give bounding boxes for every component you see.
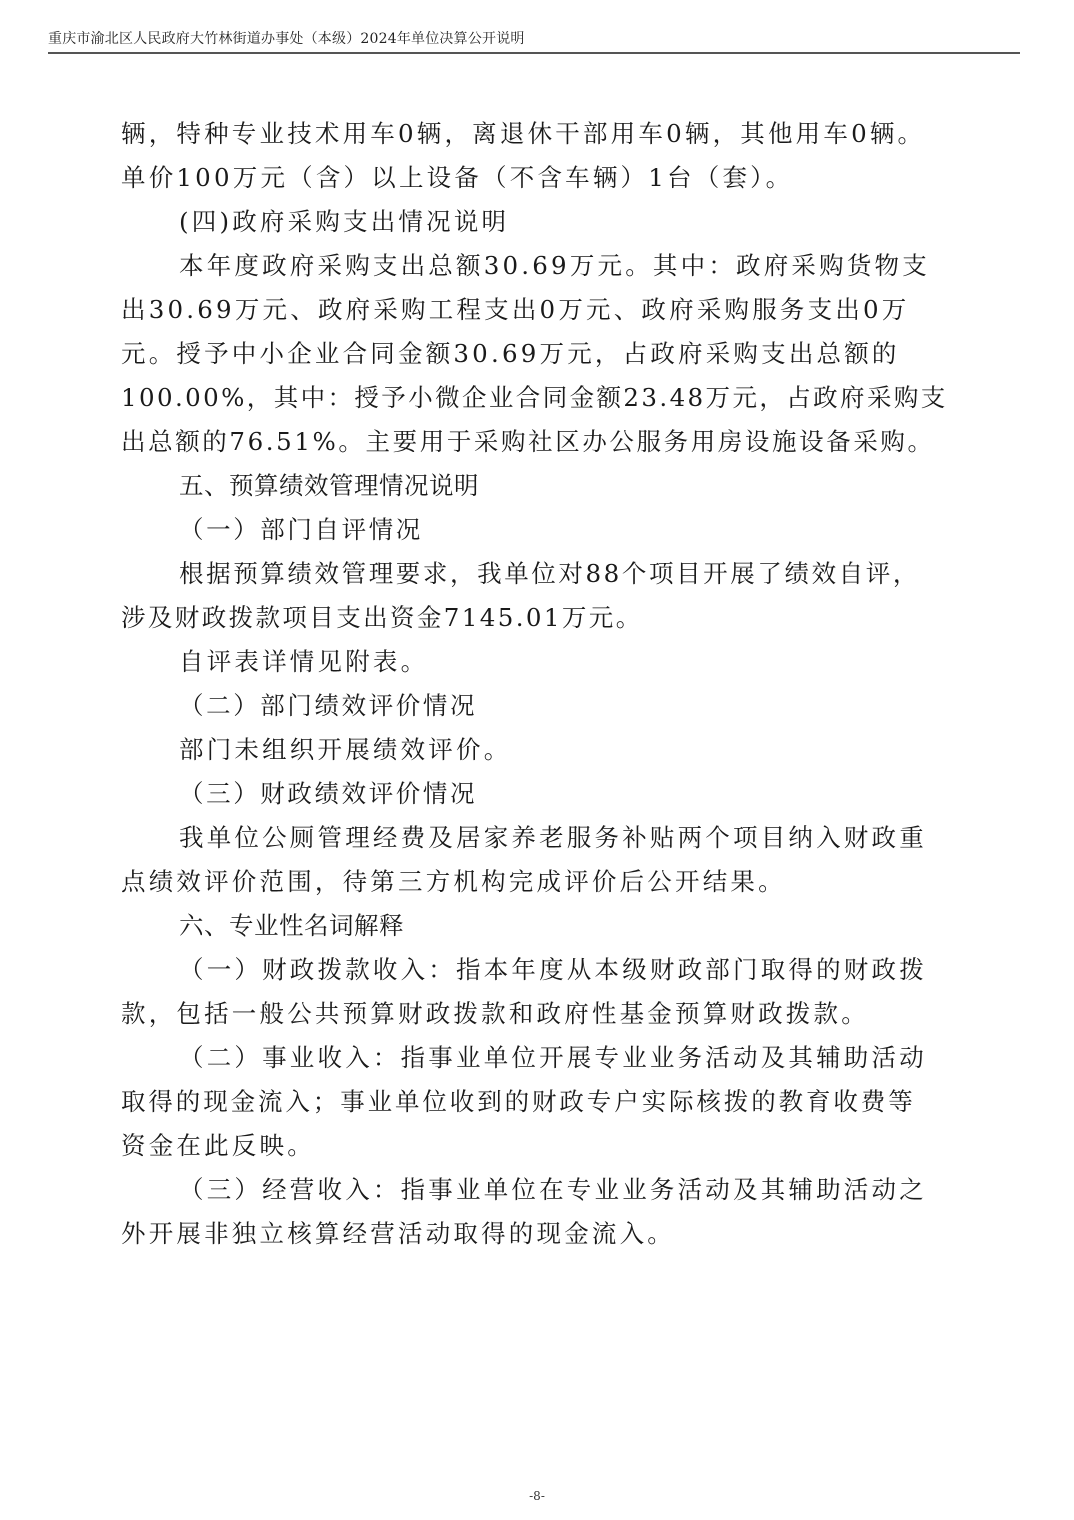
heading-terminology: 六、专业性名词解释	[121, 904, 961, 948]
header-rule	[48, 52, 1020, 54]
text-line: 外开展非独立核算经营活动取得的现金流入。	[121, 1212, 961, 1256]
subheading-department-evaluation: （二）部门绩效评价情况	[121, 684, 961, 728]
text-line: 款，包括一般公共预算财政拨款和政府性基金预算财政拨款。	[121, 992, 961, 1036]
text-line: 部门未组织开展绩效评价。	[121, 728, 961, 772]
page-number: -8-	[0, 1489, 1074, 1503]
text-line: 取得的现金流入；事业单位收到的财政专户实际核拨的教育收费等	[121, 1080, 961, 1124]
text-line: 出30.69万元、政府采购工程支出0万元、政府采购服务支出0万	[121, 288, 961, 332]
text-line: （一）财政拨款收入：指本年度从本级财政部门取得的财政拨	[121, 948, 961, 992]
text-line: 100.00%，其中：授予小微企业合同金额23.48万元，占政府采购支	[121, 376, 961, 420]
text-line: （三）经营收入：指事业单位在专业业务活动及其辅助活动之	[121, 1168, 961, 1212]
text-line: 我单位公厕管理经费及居家养老服务补贴两个项目纳入财政重	[121, 816, 961, 860]
subheading-fiscal-evaluation: （三）财政绩效评价情况	[121, 772, 961, 816]
text-line: 点绩效评价范围，待第三方机构完成评价后公开结果。	[121, 860, 961, 904]
running-header: 重庆市渝北区人民政府大竹林街道办事处（本级）2024年单位决算公开说明	[48, 30, 525, 48]
text-line: 根据预算绩效管理要求，我单位对88个项目开展了绩效自评，	[121, 552, 961, 596]
text-line: 辆，特种专业技术用车0辆，离退休干部用车0辆，其他用车0辆。	[121, 112, 961, 156]
text-line: 元。授予中小企业合同金额30.69万元，占政府采购支出总额的	[121, 332, 961, 376]
text-line: 单价100万元（含）以上设备（不含车辆）1台（套）。	[121, 156, 961, 200]
text-line: 自评表详情见附表。	[121, 640, 961, 684]
subheading-government-procurement: (四)政府采购支出情况说明	[121, 200, 961, 244]
text-line: 资金在此反映。	[121, 1124, 961, 1168]
text-line: （二）事业收入：指事业单位开展专业业务活动及其辅助活动	[121, 1036, 961, 1080]
text-line: 出总额的76.51%。主要用于采购社区办公服务用房设施设备采购。	[121, 420, 961, 464]
heading-performance-management: 五、预算绩效管理情况说明	[121, 464, 961, 508]
document-body: 辆，特种专业技术用车0辆，离退休干部用车0辆，其他用车0辆。 单价100万元（含…	[121, 112, 961, 1256]
text-line: 涉及财政拨款项目支出资金7145.01万元。	[121, 596, 961, 640]
text-line: 本年度政府采购支出总额30.69万元。其中：政府采购货物支	[121, 244, 961, 288]
subheading-self-evaluation: （一）部门自评情况	[121, 508, 961, 552]
